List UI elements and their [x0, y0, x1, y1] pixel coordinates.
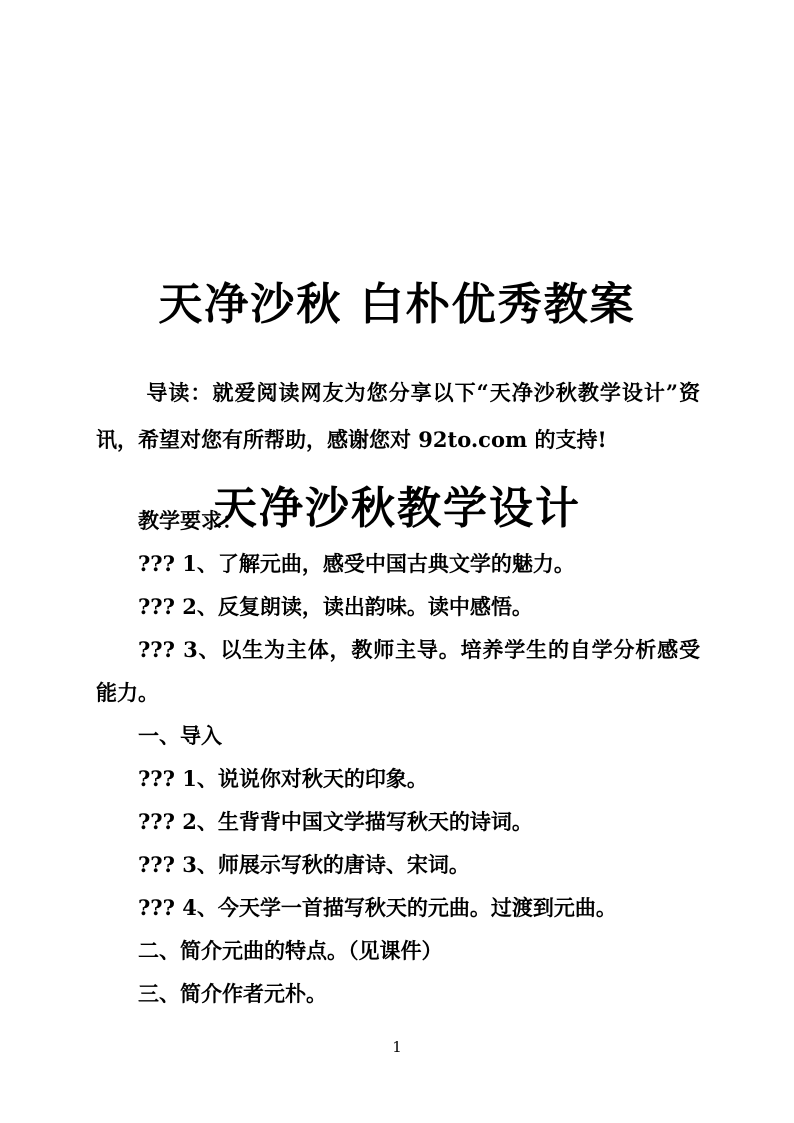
body-paragraph: ??? 1、说说你对秋天的印象。 — [96, 757, 700, 800]
document-title-line1: 天净沙秋 白朴优秀教案 — [0, 271, 794, 339]
document-body: 教学要求： ??? 1、了解元曲，感受中国古典文学的魅力。 ??? 2、反复朗读… — [96, 499, 700, 1015]
body-paragraph: 二、简介元曲的特点。（见课件） — [96, 929, 700, 972]
body-paragraph: ??? 3、以生为主体，教师主导。培养学生的自学分析感受能力。 — [96, 628, 700, 714]
body-paragraph: ??? 2、反复朗读，读出韵味。读中感悟。 — [96, 585, 700, 628]
body-paragraph: ??? 3、师展示写秋的唐诗、宋词。 — [96, 843, 700, 886]
page-number: 1 — [0, 1038, 794, 1056]
document-page: 天净沙秋 白朴优秀教案 天净沙秋教学设计 导读：就爱阅读网友为您分享以下“天净沙… — [0, 0, 794, 1123]
intro-paragraph: 导读：就爱阅读网友为您分享以下“天净沙秋教学设计”资讯，希望对您有所帮助，感谢您… — [96, 369, 700, 463]
body-paragraph: 教学要求： — [96, 499, 700, 542]
body-paragraph: 三、简介作者元朴。 — [96, 972, 700, 1015]
body-paragraph: ??? 1、了解元曲，感受中国古典文学的魅力。 — [96, 542, 700, 585]
body-paragraph: 一、导入 — [96, 714, 700, 757]
body-paragraph: ??? 4、今天学一首描写秋天的元曲。过渡到元曲。 — [96, 886, 700, 929]
body-paragraph: ??? 2、生背背中国文学描写秋天的诗词。 — [96, 800, 700, 843]
